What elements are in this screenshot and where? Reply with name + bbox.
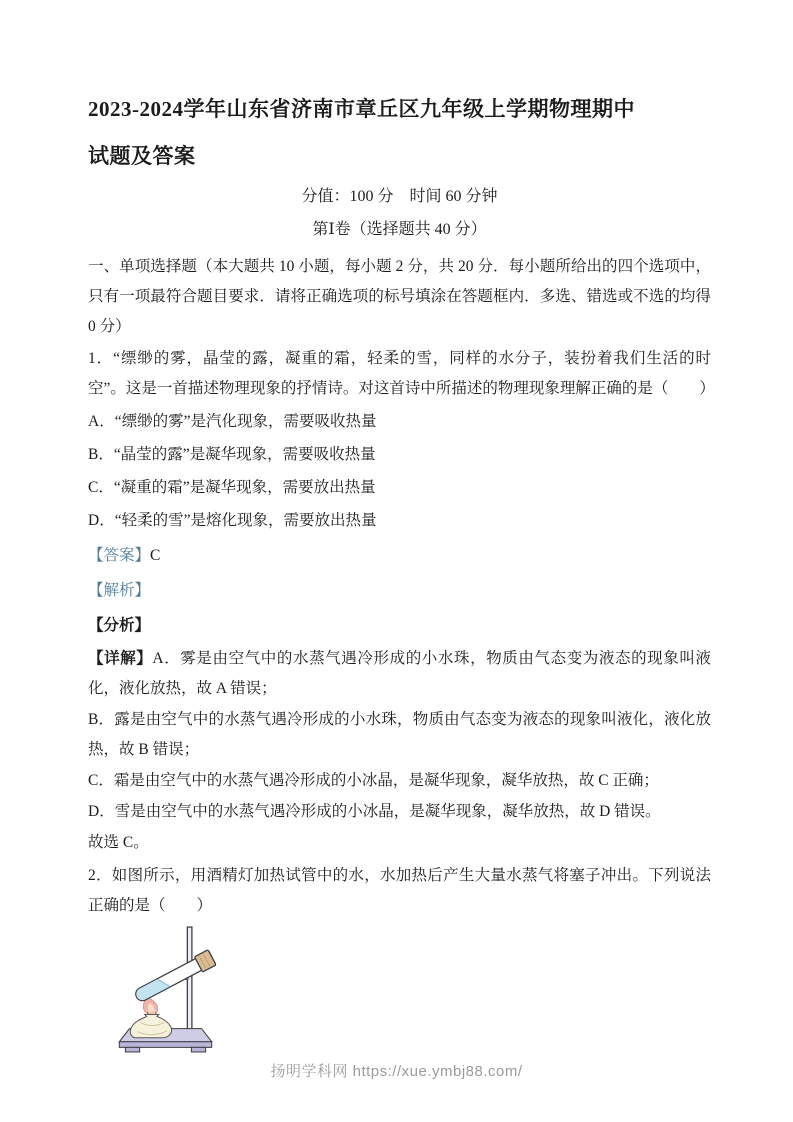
question-1-option-d: D．“轻柔的雪”是熔化现象，需要放出热量	[88, 506, 711, 536]
detail-text-a: A．雾是由空气中的水蒸气遇冷形成的小水珠，物质由气态变为液态的现象叫液化，液化放…	[88, 650, 711, 697]
jiexi-label: 【解析】	[88, 582, 150, 599]
score-time-line: 分值：100 分 时间 60 分钟	[88, 180, 711, 213]
section-intro: 一、单项选择题（本大题共 10 小题，每小题 2 分，共 20 分．每小题所给出…	[88, 252, 711, 342]
document-page: 2023-2024学年山东省济南市章丘区九年级上学期物理期中 试题及答案 分值：…	[0, 0, 793, 1122]
detail-label: 【详解】	[88, 650, 152, 667]
document-content: 2023-2024学年山东省济南市章丘区九年级上学期物理期中 试题及答案 分值：…	[88, 86, 711, 1055]
watermark-footer: 扬明学科网 https://xue.ymbj88.com/	[0, 1060, 793, 1081]
page-title-line-2: 试题及答案	[88, 133, 711, 180]
detail-paragraph-a: 【详解】A．雾是由空气中的水蒸气遇冷形成的小水珠，物质由气态变为液态的现象叫液化…	[88, 644, 711, 704]
page-title-line-1: 2023-2024学年山东省济南市章丘区九年级上学期物理期中	[88, 86, 711, 133]
detail-conclusion: 故选 C。	[88, 828, 711, 858]
question-1-option-c: C．“凝重的霜”是凝华现象，需要放出热量	[88, 473, 711, 503]
answer-line: 【答案】C	[88, 541, 711, 571]
detail-paragraph-d: D．雪是由空气中的水蒸气遇冷形成的小冰晶，是凝华现象，凝华放热，故 D 错误。	[88, 797, 711, 827]
answer-label: 【答案】	[88, 547, 150, 564]
experiment-figure	[114, 923, 216, 1055]
question-2-stem: 2．如图所示，用酒精灯加热试管中的水，水加热后产生大量水蒸气将塞子冲出。下列说法…	[88, 861, 711, 921]
question-1-option-b: B．“晶莹的露”是凝华现象，需要吸收热量	[88, 440, 711, 470]
fenxi-line: 【分析】	[88, 611, 711, 641]
detail-paragraph-b: B．露是由空气中的水蒸气遇冷形成的小水珠，物质由气态变为液态的现象叫液化，液化放…	[88, 705, 711, 765]
question-1-option-a: A．“缥缈的雾”是汽化现象，需要吸收热量	[88, 407, 711, 437]
fenxi-label: 【分析】	[88, 617, 150, 634]
question-1-stem: 1．“缥缈的雾，晶莹的露，凝重的霜，轻柔的雪，同样的水分子，装扮着我们生活的时空…	[88, 344, 711, 404]
stand-rod	[187, 927, 192, 1038]
alcohol-lamp-test-tube-diagram	[114, 923, 216, 1055]
page-title: 2023-2024学年山东省济南市章丘区九年级上学期物理期中 试题及答案	[88, 86, 711, 180]
volume-heading: 第Ⅰ卷（选择题共 40 分）	[88, 213, 711, 246]
test-tube	[133, 950, 216, 1005]
answer-value: C	[150, 547, 160, 564]
jiexi-line: 【解析】	[88, 576, 711, 606]
detail-paragraph-c: C．霜是由空气中的水蒸气遇冷形成的小冰晶，是凝华现象，凝华放热，故 C 正确；	[88, 766, 711, 796]
